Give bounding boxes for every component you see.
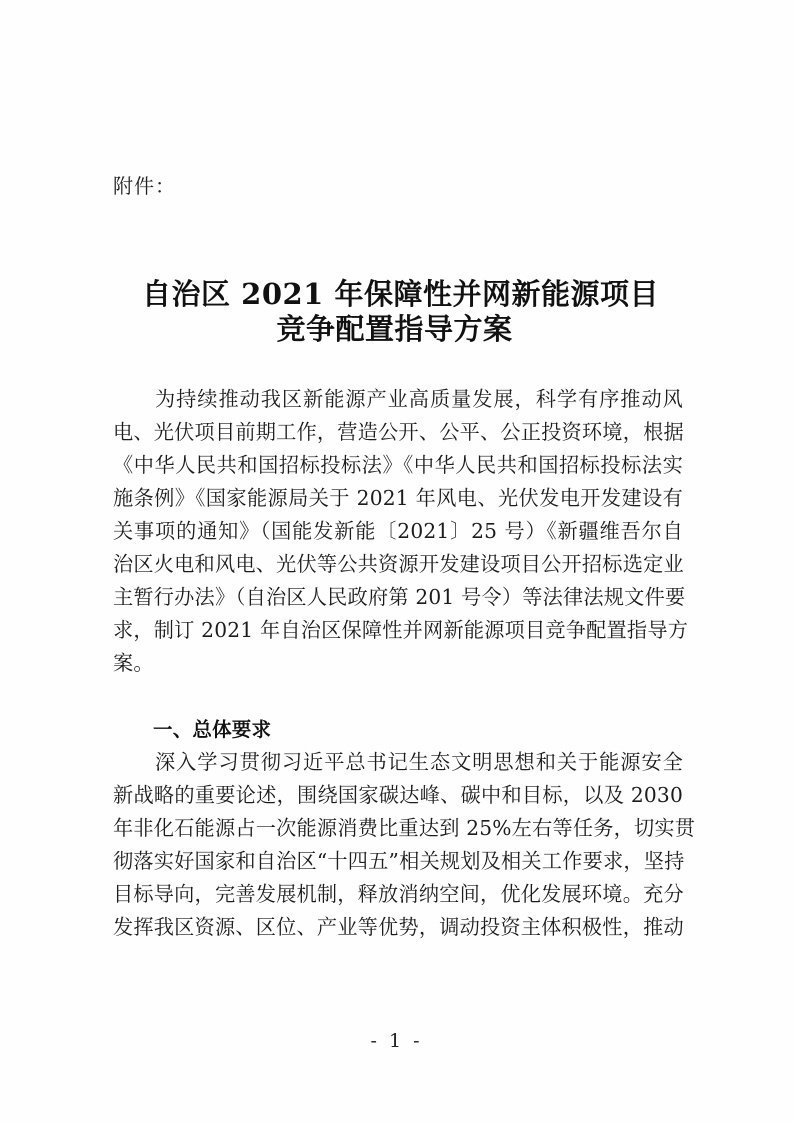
paragraph-line: 电、光伏项目前期工作，营造公开、公平、公正投资环境，根据 (113, 416, 683, 449)
paragraph-line: 案。 (113, 647, 683, 680)
paragraph-line: 施条例》《国家能源局关于 2021 年风电、光伏发电开发建设有 (113, 482, 683, 515)
document-title-line-2: 竞争配置指导方案 (0, 307, 791, 348)
section-heading-general-requirements: 一、总体要求 (113, 713, 683, 746)
general-requirements-paragraph: 深入学习贯彻习近平总书记生态文明思想和关于能源安全 新战略的重要论述，围绕国家碳… (113, 746, 683, 944)
paragraph-line: 目标导向，完善发展机制，释放消纳空间，优化发展环境。充分 (113, 878, 683, 911)
paragraph-line: 《中华人民共和国招标投标法》《中华人民共和国招标投标法实 (113, 449, 683, 482)
paragraph-line: 为持续推动我区新能源产业高质量发展，科学有序推动风 (113, 383, 683, 416)
paragraph-line: 发挥我区资源、区位、产业等优势，调动投资主体积极性，推动 (113, 911, 683, 944)
paragraph-line: 关事项的通知》（国能发新能〔2021〕25 号）《新疆维吾尔自 (113, 515, 683, 548)
paragraph-line: 求，制订 2021 年自治区保障性并网新能源项目竞争配置指导方 (113, 614, 683, 647)
paragraph-line: 年非化石能源占一次能源消费比重达到 25%左右等任务，切实贯 (113, 812, 683, 845)
paragraph-line: 治区火电和风电、光伏等公共资源开发建设项目公开招标选定业 (113, 548, 683, 581)
document-page: 附件： 自治区 2021 年保障性并网新能源项目 竞争配置指导方案 为持续推动我… (0, 0, 793, 1122)
intro-paragraph: 为持续推动我区新能源产业高质量发展，科学有序推动风 电、光伏项目前期工作，营造公… (113, 383, 683, 680)
paragraph-line: 彻落实好国家和自治区“十四五”相关规划及相关工作要求，坚持 (113, 845, 683, 878)
paragraph-line: 新战略的重要论述，围绕国家碳达峰、碳中和目标，以及 2030 (113, 779, 683, 812)
paragraph-line: 深入学习贯彻习近平总书记生态文明思想和关于能源安全 (113, 746, 683, 779)
attachment-label: 附件： (113, 170, 176, 199)
page-number: - 1 - (0, 1030, 793, 1052)
section-heading: 一、总体要求 (113, 713, 683, 746)
paragraph-line: 主暂行办法》（自治区人民政府第 201 号令）等法律法规文件要 (113, 581, 683, 614)
